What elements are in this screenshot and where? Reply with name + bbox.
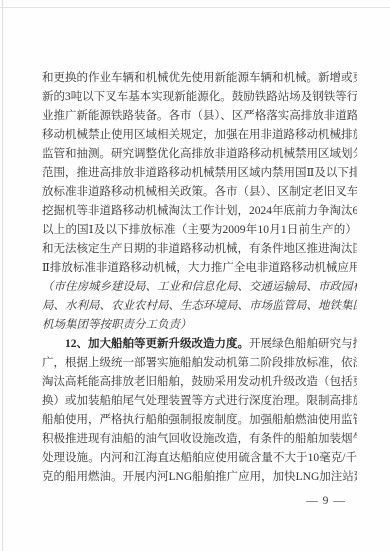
text-line: 和更换的作业车辆和机械优先使用新能源车辆和机械。新增或更 xyxy=(42,69,357,88)
text-line: 监管和抽测。研究调整优化高排放非道路移动机械禁用区域划分 xyxy=(42,145,357,164)
scan-edge-left xyxy=(2,0,3,551)
text-line: 挖掘机等非道路移动机械淘汰工作计划，2024年底前力争淘汰60% xyxy=(42,202,357,221)
text-segment-regular: 积极推进现有油船的油气回收设施改造，有条件的船舶加装烟气 xyxy=(42,433,357,445)
text-line: 克的船用燃油。开展内河LNG船舶推广应用，加快LNG加注站建 xyxy=(42,468,357,487)
text-line: （市住房城乡建设局、工业和信息化局、交通运输局、市政园林 xyxy=(42,278,357,297)
text-segment-regular: 范围，推进高排放非道路移动机械禁用区域内禁用国Ⅱ及以下排 xyxy=(42,167,357,179)
text-line: 范围，推进高排放非道路移动机械禁用区域内禁用国Ⅱ及以下排 xyxy=(42,164,357,183)
text-segment-regular: 业推广新能源铁路装备。各市（县）、区严格落实高排放非道路 xyxy=(42,110,357,122)
text-segment-regular: 处理设施。内河和江海直达船舶应使用硫含量不大于10毫克/千 xyxy=(42,452,357,464)
text-segment-bold: 12、加大船舶等更新升级改造力度。 xyxy=(65,338,249,350)
text-line: 以上的国Ⅰ及以下排放标准（主要为2009年10月1日前生产的） xyxy=(42,221,357,240)
text-segment-regular: 移动机械禁止使用区域相关规定，加强在用非道路移动机械排放 xyxy=(42,129,357,141)
text-segment-regular: 淘汰高耗能高排放老旧船舶，鼓励采用发动机升级改造（包括更 xyxy=(42,376,357,388)
text-line: 积极推进现有油船的油气回收设施改造，有条件的船舶加装烟气 xyxy=(42,430,357,449)
text-line: 12、加大船舶等更新升级改造力度。开展绿色船舶研究与推 xyxy=(42,335,357,354)
text-line: Ⅱ排放标准非道路移动机械，大力推广全电非道路移动机械应用。 xyxy=(42,259,357,278)
text-line: 机场集团等按职责分工负责） xyxy=(42,316,357,335)
text-segment-kaiti: 机场集团等按职责分工负责） xyxy=(42,319,192,331)
text-segment-regular: 和更换的作业车辆和机械优先使用新能源车辆和机械。新增或更 xyxy=(42,72,357,84)
text-segment-kaiti: （市住房城乡建设局、工业和信息化局、交通运输局、市政园林 xyxy=(42,281,357,293)
text-line: 处理设施。内河和江海直达船舶应使用硫含量不大于10毫克/千 xyxy=(42,449,357,468)
text-line: 淘汰高耗能高排放老旧船舶，鼓励采用发动机升级改造（包括更 xyxy=(42,373,357,392)
text-segment-regular: 换）或加装船舶尾气处理装置等方式进行深度治理。限制高排放 xyxy=(42,395,357,407)
text-segment-regular: 开展绿色船舶研究与推 xyxy=(249,338,357,350)
text-body: 和更换的作业车辆和机械优先使用新能源车辆和机械。新增或更新的3吨以下叉车基本实现… xyxy=(42,69,357,487)
text-line: 业推广新能源铁路装备。各市（县）、区严格落实高排放非道路 xyxy=(42,107,357,126)
text-line: 和无法核定生产日期的非道路移动机械，有条件地区推进淘汰国 xyxy=(42,240,357,259)
text-segment-regular: 克的船用燃油。开展内河LNG船舶推广应用，加快LNG加注站建 xyxy=(42,471,357,483)
text-line: 船舶使用，严格执行船舶强制报废制度。加强船舶燃油使用监管， xyxy=(42,411,357,430)
text-segment-regular: 和无法核定生产日期的非道路移动机械，有条件地区推进淘汰国 xyxy=(42,243,357,255)
text-segment-regular: 监管和抽测。研究调整优化高排放非道路移动机械禁用区域划分 xyxy=(42,148,357,160)
text-segment-regular: 挖掘机等非道路移动机械淘汰工作计划，2024年底前力争淘汰60% xyxy=(42,205,357,217)
text-line: 移动机械禁止使用区域相关规定，加强在用非道路移动机械排放 xyxy=(42,126,357,145)
text-line: 新的3吨以下叉车基本实现新能源化。鼓励铁路站场及钢铁等行 xyxy=(42,88,357,107)
text-segment-regular: 广，根据上级统一部署实施船舶发动机第二阶段排放标准，依法 xyxy=(42,357,357,369)
text-line: 换）或加装船舶尾气处理装置等方式进行深度治理。限制高排放 xyxy=(42,392,357,411)
text-line: 广，根据上级统一部署实施船舶发动机第二阶段排放标准，依法 xyxy=(42,354,357,373)
text-segment-regular: 新的3吨以下叉车基本实现新能源化。鼓励铁路站场及钢铁等行 xyxy=(42,91,357,103)
document-page: 和更换的作业车辆和机械优先使用新能源车辆和机械。新增或更新的3吨以下叉车基本实现… xyxy=(0,0,390,551)
text-segment-regular: 放标准非道路移动机械相关政策。各市（县）、区制定老旧叉车、 xyxy=(42,186,357,198)
text-line: 局、水利局、农业农村局、生态环境局、市场监管局、地铁集团、 xyxy=(42,297,357,316)
text-segment-regular: 以上的国Ⅰ及以下排放标准（主要为2009年10月1日前生产的） xyxy=(42,224,357,236)
page-number: — 9 — xyxy=(300,494,352,508)
text-line: 放标准非道路移动机械相关政策。各市（县）、区制定老旧叉车、 xyxy=(42,183,357,202)
text-segment-regular: Ⅱ排放标准非道路移动机械，大力推广全电非道路移动机械应用。 xyxy=(42,262,357,274)
text-segment-regular: 船舶使用，严格执行船舶强制报废制度。加强船舶燃油使用监管， xyxy=(42,414,357,426)
text-segment-kaiti: 局、水利局、农业农村局、生态环境局、市场监管局、地铁集团、 xyxy=(42,300,357,312)
scan-edge-top xyxy=(0,7,390,8)
